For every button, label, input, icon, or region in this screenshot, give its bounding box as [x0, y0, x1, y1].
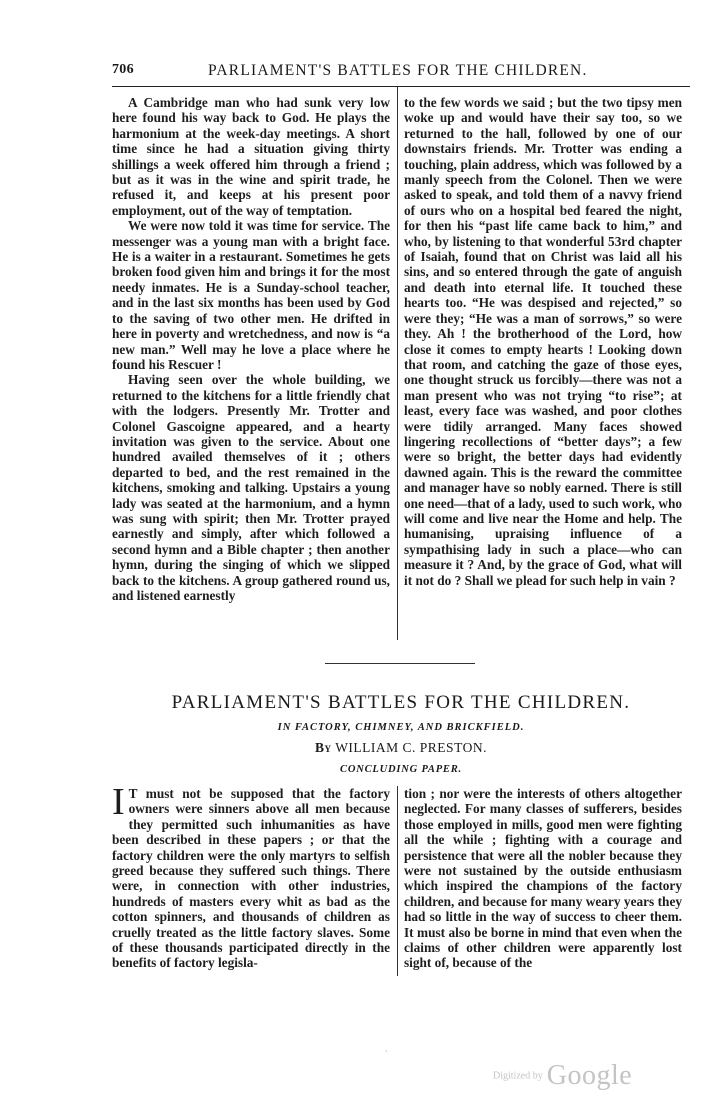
previous-article-left-column: A Cambridge man who had sunk very low he…: [112, 95, 390, 603]
watermark-prefix: Digitized by: [493, 1071, 543, 1082]
book-page: 706 PARLIAMENT'S BATTLES FOR THE CHILDRE…: [112, 0, 690, 1111]
paragraph: Having seen over the whole building, we …: [112, 372, 390, 603]
digitized-watermark: Digitized by Google: [493, 1060, 632, 1092]
paragraph: We were now told it was time for service…: [112, 218, 390, 372]
article-columns: IT must not be supposed that the factory…: [112, 786, 690, 981]
byline: By WILLIAM C. PRESTON.: [112, 740, 690, 756]
column-divider: [397, 786, 398, 976]
article-left-column: IT must not be supposed that the factory…: [112, 786, 390, 971]
previous-article-right-column: to the few words we said ; but the two t…: [404, 95, 682, 588]
page-number: 706: [112, 62, 134, 78]
running-title: PARLIAMENT'S BATTLES FOR THE CHILDREN.: [208, 62, 588, 80]
paragraph: to the few words we said ; but the two t…: [404, 95, 682, 588]
article-title: PARLIAMENT'S BATTLES FOR THE CHILDREN.: [112, 692, 690, 714]
header-rule: [112, 86, 690, 87]
section-separator-rule: [325, 663, 475, 664]
article-right-column: tion ; nor were the interests of others …: [404, 786, 682, 971]
google-logo: Google: [547, 1060, 632, 1091]
paper-label: CONCLUDING PAPER.: [112, 764, 690, 775]
stray-mark: ·: [385, 1047, 388, 1056]
drop-cap: I: [112, 787, 125, 817]
previous-article-columns: A Cambridge man who had sunk very low he…: [112, 95, 690, 645]
paragraph-text: T must not be supposed that the factory …: [112, 786, 390, 970]
paragraph: tion ; nor were the interests of others …: [404, 786, 682, 971]
author-name: WILLIAM C. PRESTON.: [335, 740, 487, 755]
running-head: 706 PARLIAMENT'S BATTLES FOR THE CHILDRE…: [112, 62, 690, 82]
article-subtitle: IN FACTORY, CHIMNEY, AND BRICKFIELD.: [112, 722, 690, 733]
byline-prefix: By: [315, 740, 332, 755]
paragraph: A Cambridge man who had sunk very low he…: [112, 95, 390, 218]
paragraph: IT must not be supposed that the factory…: [112, 786, 390, 971]
column-divider: [397, 87, 398, 640]
